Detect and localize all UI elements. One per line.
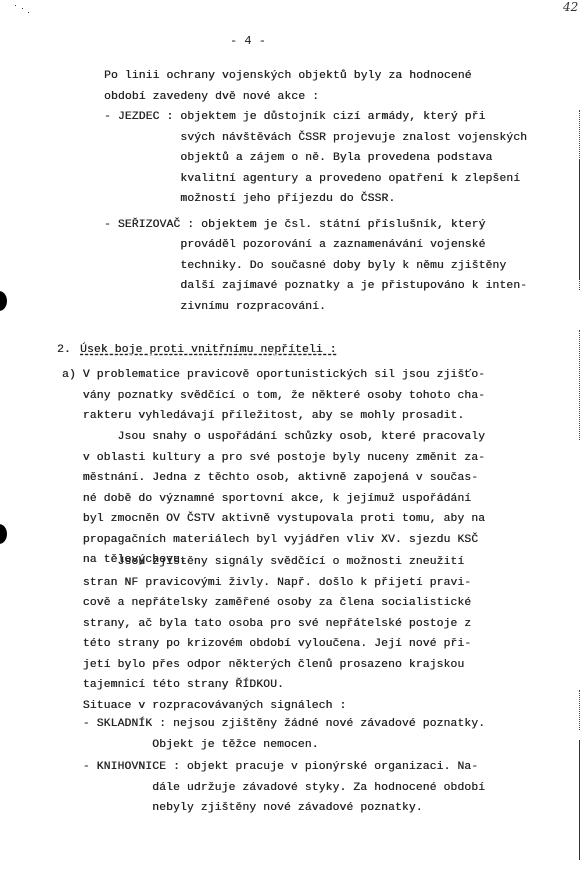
margin-rule: [579, 690, 580, 730]
paragraph-line: né době do významné sportovní akce, k je…: [62, 492, 471, 506]
paragraph-line: strany, ač byla tato osoba pro své nepřá…: [62, 617, 471, 631]
intro-line: období zavedeny dvě nové akce :: [104, 90, 319, 104]
paragraph-line: rakteru vyhledávají příležitost, aby se …: [62, 409, 464, 423]
paragraph-line: a) V problematice pravicově oportunistic…: [62, 368, 485, 382]
action-line: svých návštěvách ČSSR projevuje znalost …: [104, 131, 527, 145]
action-line: - SEŘIZOVAČ : objektem je čsl. státní př…: [104, 218, 485, 232]
paragraph-line: Jsou snahy o uspořádání schůzky osob, kt…: [62, 430, 485, 444]
speck: [15, 5, 16, 6]
signal-line: - KNIHOVNICE : objekt pracuje v pionýrsk…: [62, 760, 478, 774]
paragraph-line: stran NF pravicovými živly. Např. došlo …: [62, 576, 471, 590]
paragraph-line: Jsou zjištěny signály svědčící o možnost…: [62, 555, 464, 569]
signal-line: nebyly zjištěny nové závadové poznatky.: [62, 801, 423, 815]
action-line: možností jeho příjezdu do ČSSR.: [104, 192, 395, 206]
punch-hole: [0, 291, 7, 311]
signal-line: dále udržuje závadové styky. Za hodnocen…: [62, 781, 485, 795]
action-line: kvalitní agentury a provedeno opatření k…: [104, 172, 520, 186]
margin-rule: [579, 740, 580, 860]
signal-line: - SKLADNÍK : nejsou zjištěny žádné nové …: [62, 717, 485, 731]
action-line: prováděl pozorování a zaznamenávání voje…: [104, 238, 485, 252]
signal-line: Objekt je těžce nemocen.: [62, 738, 319, 752]
action-line: techniky. Do současné doby byly k němu z…: [104, 259, 506, 273]
paragraph-line: jetí bylo přes odpor některých členů pro…: [62, 658, 464, 672]
action-line: další zajímavé poznatky a je přistupován…: [104, 279, 527, 293]
punch-hole: [0, 524, 7, 544]
paragraph-line: tajemnicí této strany ŘÍDKOU.: [62, 678, 284, 692]
section-number: 2.: [57, 343, 71, 357]
paragraph-line: byl zmocněn OV ČSTV aktivně vystupovala …: [62, 512, 485, 526]
paragraph-line: městnání. Jedna z těchto osob, aktivně z…: [62, 471, 478, 485]
speck: [22, 8, 23, 9]
archive-page-mark: 42: [563, 0, 578, 14]
paragraph-line: Situace v rozpracovávaných signálech :: [62, 699, 346, 713]
action-line: - JEZDEC : objektem je důstojník cizí ar…: [104, 110, 485, 124]
paragraph-line: této strany po krizovém období vyloučena…: [62, 637, 471, 651]
section-heading: Úsek boje proti vnitřnímu nepříteli :: [80, 343, 337, 357]
page-number: - 4 -: [230, 34, 266, 48]
paragraph-line: v oblasti kultury a pro své postoje byly…: [62, 451, 485, 465]
paragraph-line: vány poznatky svědčící o tom, že některé…: [62, 389, 485, 403]
intro-line: Po linii ochrany vojenských objektů byly…: [104, 69, 472, 83]
margin-rule: [579, 330, 580, 440]
action-line: zivnímu rozpracování.: [104, 300, 326, 314]
paragraph-line: cově a nepřátelsky zaměřené osoby za čle…: [62, 596, 471, 610]
speck: [28, 12, 29, 13]
margin-rule: [579, 160, 580, 280]
paragraph-line: propagačních materiálech byl vyjádřen vl…: [62, 533, 478, 547]
action-line: objektů a zájem o ně. Byla provedena pod…: [104, 151, 492, 165]
